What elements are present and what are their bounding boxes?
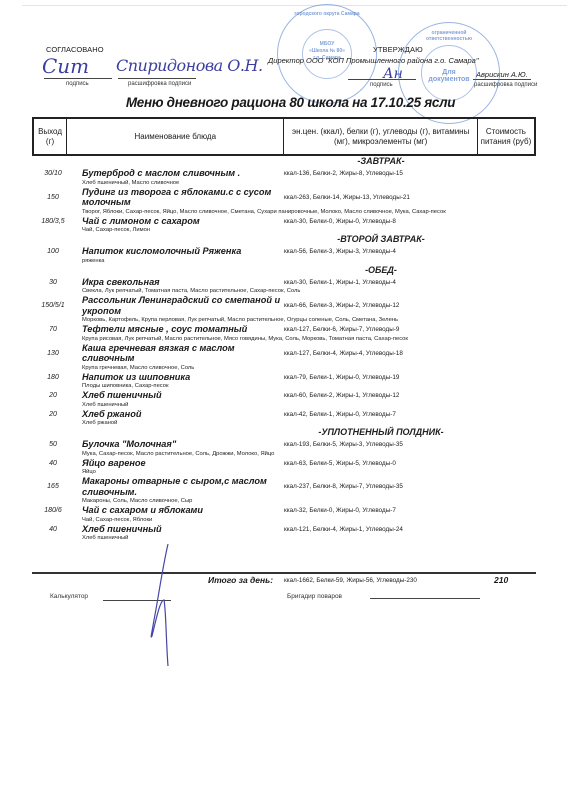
menu-item-row: 100Напиток кисломолочный Ряженкаккал-56,… (0, 246, 581, 265)
item-nutrition: ккал-121, Белки-4, Жиры-1, Углеводы-24 (284, 526, 403, 533)
menu-item-row: 50Булочка "Молочная"ккал-193, Белки-5, Ж… (0, 439, 581, 458)
item-name: Икра свекольная (82, 277, 282, 288)
item-name: Чай с лимоном с сахаром (82, 216, 282, 227)
item-nutrition: ккал-136, Белки-2, Жиры-8, Углеводы-15 (284, 170, 403, 177)
section-title: -ВТОРОЙ ЗАВТРАК- (284, 234, 478, 244)
item-name: Бутерброд с маслом сливочным . (82, 168, 282, 179)
item-nutrition: ккал-30, Белки-0, Жиры-0, Углеводы-8 (284, 218, 396, 225)
item-nutrition: ккал-56, Белки-3, Жиры-3, Углеводы-4 (284, 248, 396, 255)
item-nutrition: ккал-193, Белки-5, Жиры-3, Углеводы-35 (284, 441, 403, 448)
chef-label: Бригадир поваров (287, 593, 342, 600)
menu-rows: -ЗАВТРАК-30/10Бутерброд с маслом сливочн… (0, 156, 581, 542)
item-nutrition: ккал-263, Белки-14, Жиры-13, Углеводы-21 (284, 194, 410, 201)
item-yield: 20 (32, 392, 74, 399)
section-title: -ЗАВТРАК- (284, 156, 478, 166)
item-yield: 180/6 (32, 507, 74, 514)
header-cost: Стоимость питания (руб) (477, 118, 535, 155)
calculator-label: Калькулятор (50, 593, 88, 600)
item-nutrition: ккал-60, Белки-2, Жиры-1, Углеводы-12 (284, 392, 399, 399)
item-name: Тефтели мясные , соус томатный (82, 324, 282, 335)
item-name: Рассольник Ленинградский со сметаной и у… (82, 295, 282, 316)
total-label: Итого за день: (208, 575, 273, 585)
section-title: -ОБЕД- (284, 265, 478, 275)
item-yield: 150 (32, 194, 74, 201)
item-yield: 30/10 (32, 170, 74, 177)
page-title: Меню дневного рациона 80 школа на 17.10.… (0, 95, 581, 110)
header-nutrition: эн.цен. (ккал), белки (г), углеводы (г),… (284, 118, 477, 155)
menu-item-row: 20Хлеб ржанойккал-42, Белки-1, Жиры-0, У… (0, 409, 581, 428)
item-yield: 30 (32, 279, 74, 286)
item-nutrition: ккал-42, Белки-1, Жиры-0, Углеводы-7 (284, 411, 396, 418)
menu-item-row: 30Икра свекольнаяккал-30, Белки-1, Жиры-… (0, 277, 581, 296)
approved-left-label: СОГЛАСОВАНО (46, 45, 104, 54)
header-yield: Выход (г) (33, 118, 67, 155)
left-name-caption: расшифровка подписи (128, 81, 191, 87)
left-round-stamp: городского округа Самара МБОУ «Школа № 8… (277, 4, 377, 104)
item-nutrition: ккал-127, Белки-6, Жиры-7, Углеводы-9 (284, 326, 399, 333)
item-yield: 70 (32, 326, 74, 333)
item-name: Напиток кисломолочный Ряженка (82, 246, 282, 257)
item-yield: 165 (32, 483, 74, 490)
left-name-line (118, 78, 196, 79)
item-nutrition: ккал-66, Белки-3, Жиры-2, Углеводы-12 (284, 302, 399, 309)
item-name: Хлеб пшеничный (82, 390, 282, 401)
item-ingredients: Чай, Сахар-песок, Яблоки (82, 516, 552, 524)
menu-item-row: 30/10Бутерброд с маслом сливочным .ккал-… (0, 168, 581, 187)
item-ingredients: Плоды шиповника, Сахар-песок (82, 382, 552, 390)
item-yield: 150/5/1 (32, 302, 74, 309)
total-nutrition: ккал-1662, Белки-59, Жиры-56, Углеводы-2… (284, 577, 417, 584)
chef-signature-line (370, 598, 480, 599)
item-yield: 40 (32, 526, 74, 533)
item-ingredients: Яйцо (82, 468, 552, 476)
menu-item-row: 165Макароны отварные с сыром,с маслом сл… (0, 476, 581, 505)
item-name: Макароны отварные с сыром,с маслом сливо… (82, 476, 282, 497)
section-heading: -УПЛОТНЕННЫЙ ПОЛДНИК- (0, 427, 581, 439)
item-yield: 100 (32, 248, 74, 255)
menu-item-row: 130Каша гречневая вязкая с маслом сливоч… (0, 343, 581, 372)
item-yield: 40 (32, 460, 74, 467)
menu-item-row: 150/5/1Рассольник Ленинградский со смета… (0, 295, 581, 324)
item-name: Напиток из шиповника (82, 372, 282, 383)
item-ingredients: Мука, Сахар-песок, Масло растительное, С… (82, 450, 552, 458)
item-yield: 50 (32, 441, 74, 448)
section-heading: -ОБЕД- (0, 265, 581, 277)
item-ingredients: Морковь, Картофель, Крупа перловая, Лук … (82, 316, 552, 324)
menu-item-row: 180Напиток из шиповникаккал-79, Белки-1,… (0, 372, 581, 391)
item-nutrition: ккал-237, Белки-8, Жиры-7, Углеводы-35 (284, 483, 403, 490)
menu-item-row: 40Яйцо вареноеккал-63, Белки-5, Жиры-5, … (0, 458, 581, 477)
left-name-handwritten: Спиридонова О.Н. (116, 56, 263, 75)
menu-item-row: 150Пудинг из творога с яблоками.с с сусо… (0, 187, 581, 216)
section-title: -УПЛОТНЕННЫЙ ПОЛДНИК- (284, 427, 478, 437)
menu-item-row: 180/6Чай с сахаром и яблокамиккал-32, Бе… (0, 505, 581, 524)
pen-signature-stroke (140, 540, 180, 670)
item-ingredients: Крупа гречневая, Масло сливочное, Соль (82, 364, 552, 372)
item-name: Яйцо вареное (82, 458, 282, 469)
section-heading: -ВТОРОЙ ЗАВТРАК- (0, 234, 581, 246)
right-signature-caption: подпись (370, 82, 393, 88)
left-signature-line (44, 78, 112, 79)
item-yield: 130 (32, 350, 74, 357)
item-ingredients: Хлеб пшеничный, Масло сливочное (82, 179, 552, 187)
header-dish: Наименование блюда (67, 118, 284, 155)
item-nutrition: ккал-63, Белки-5, Жиры-5, Углеводы-0 (284, 460, 396, 467)
item-name: Каша гречневая вязкая с маслом сливочным (82, 343, 282, 364)
item-ingredients: Хлеб пшеничный (82, 401, 552, 409)
item-ingredients: Хлеб ржаной (82, 419, 552, 427)
item-yield: 20 (32, 411, 74, 418)
item-ingredients: Крупа рисовая, Лук репчатый, Масло расти… (82, 335, 552, 343)
menu-table-header: Выход (г) Наименование блюда эн.цен. (кк… (32, 117, 536, 156)
section-heading: -ЗАВТРАК- (0, 156, 581, 168)
menu-item-row: 180/3,5Чай с лимоном с сахаромккал-30, Б… (0, 216, 581, 235)
item-ingredients: Макароны, Соль, Масло сливочное, Сыр (82, 497, 552, 505)
total-divider (32, 572, 536, 574)
item-nutrition: ккал-127, Белки-4, Жиры-4, Углеводы-18 (284, 350, 403, 357)
item-ingredients: Свекла, Лук репчатый, Томатная паста, Ма… (82, 287, 552, 295)
item-name: Хлеб пшеничный (82, 524, 282, 535)
menu-item-row: 20Хлеб пшеничныйккал-60, Белки-2, Жиры-1… (0, 390, 581, 409)
item-name: Хлеб ржаной (82, 409, 282, 420)
menu-item-row: 70Тефтели мясные , соус томатныйккал-127… (0, 324, 581, 343)
item-ingredients: ряженка (82, 257, 552, 265)
scan-edge-line (22, 5, 567, 6)
item-nutrition: ккал-32, Белки-0, Жиры-0, Углеводы-7 (284, 507, 396, 514)
item-name: Булочка "Молочная" (82, 439, 282, 450)
left-signature-caption: подпись (66, 81, 89, 87)
item-name: Чай с сахаром и яблоками (82, 505, 282, 516)
left-signature: Сит (42, 54, 89, 78)
menu-item-row: 40Хлеб пшеничныйккал-121, Белки-4, Жиры-… (0, 524, 581, 543)
item-nutrition: ккал-79, Белки-1, Жиры-0, Углеводы-19 (284, 374, 399, 381)
item-nutrition: ккал-30, Белки-1, Жиры-1, Углеводы-4 (284, 279, 396, 286)
total-cost: 210 (494, 575, 508, 585)
item-yield: 180/3,5 (32, 218, 74, 225)
item-yield: 180 (32, 374, 74, 381)
item-ingredients: Чай, Сахар-песок, Лимон (82, 226, 552, 234)
item-ingredients: Творог, Яблоки, Сахар-песок, Яйцо, Масло… (82, 208, 552, 216)
item-name: Пудинг из творога с яблоками.с с сусом м… (82, 187, 282, 208)
